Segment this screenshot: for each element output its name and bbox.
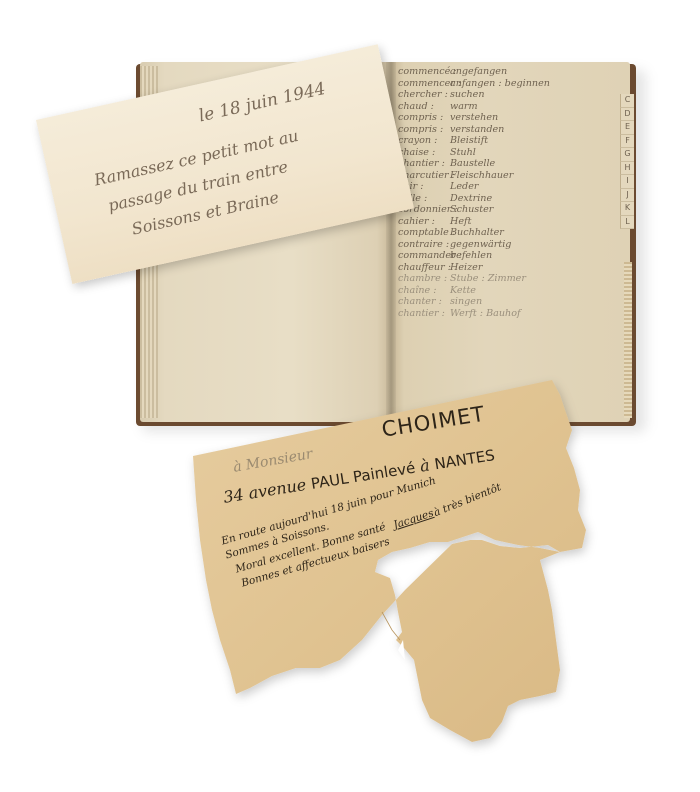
paper-crease — [382, 612, 400, 640]
torn-letter-paper — [0, 0, 700, 792]
document-photo: commencé :angefangen commencer :anfangen… — [0, 0, 700, 792]
torn-letter: CHOIMET à Monsieur 34 avenue PAUL Painle… — [0, 0, 700, 792]
